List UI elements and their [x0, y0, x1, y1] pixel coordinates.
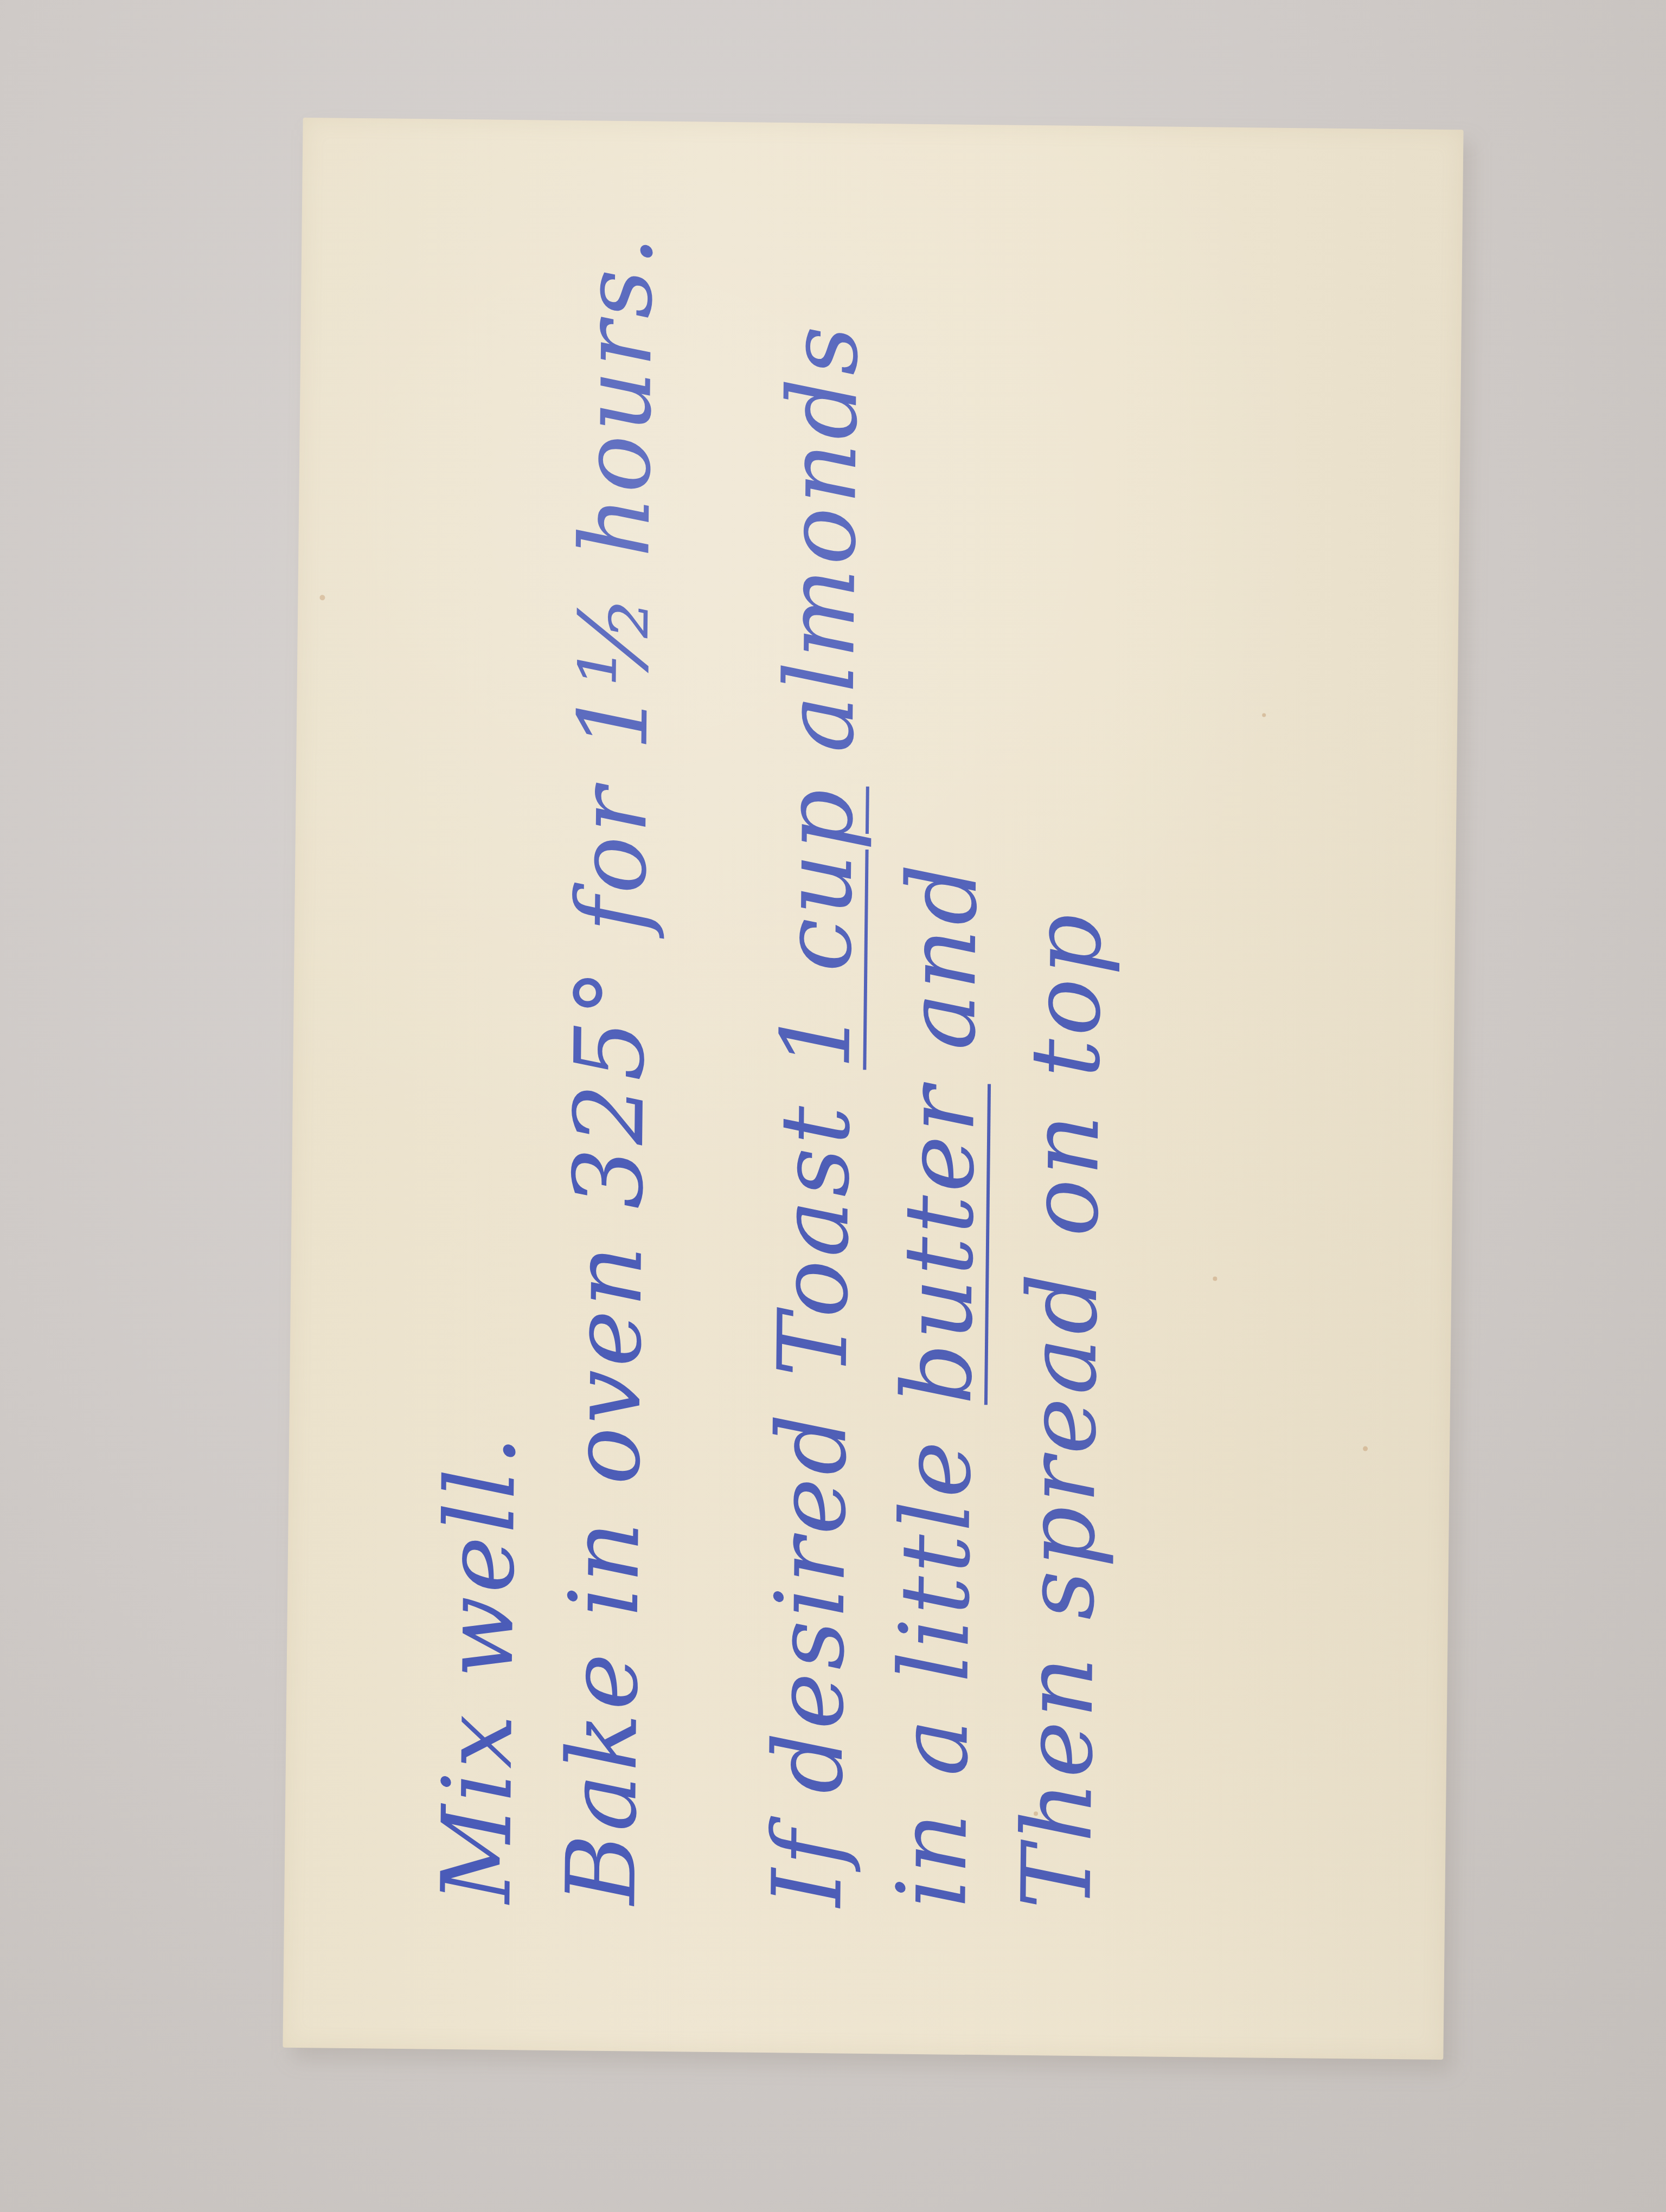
handwritten-recipe-text: Mix well. Bake in oven 325° for 1½ hours… [349, 189, 1398, 1989]
recipe-card: Mix well. Bake in oven 325° for 1½ hours… [283, 118, 1463, 2060]
recipe-line-toast-quantity: 1 cup [760, 786, 874, 1070]
recipe-line-butter-word: butter [882, 1083, 996, 1405]
recipe-line-toast-post: almonds [764, 322, 880, 786]
recipe-line-toast: If desired Toast 1 cup almonds [745, 269, 887, 1907]
recipe-line-butter-pre: in a little [876, 1404, 993, 1908]
recipe-line-butter-post: and [885, 860, 998, 1084]
recipe-line-spread: Then spread on top [995, 272, 1137, 1910]
recipe-line-butter: in a little butter and [870, 270, 1012, 1908]
paper-stains [303, 118, 1464, 130]
recipe-line-mix: Mix well. [414, 265, 556, 1904]
recipe-line-bake: Bake in oven 325° for 1½ hours. [539, 267, 681, 1905]
recipe-line-toast-pre: If desired Toast [752, 1069, 872, 1907]
